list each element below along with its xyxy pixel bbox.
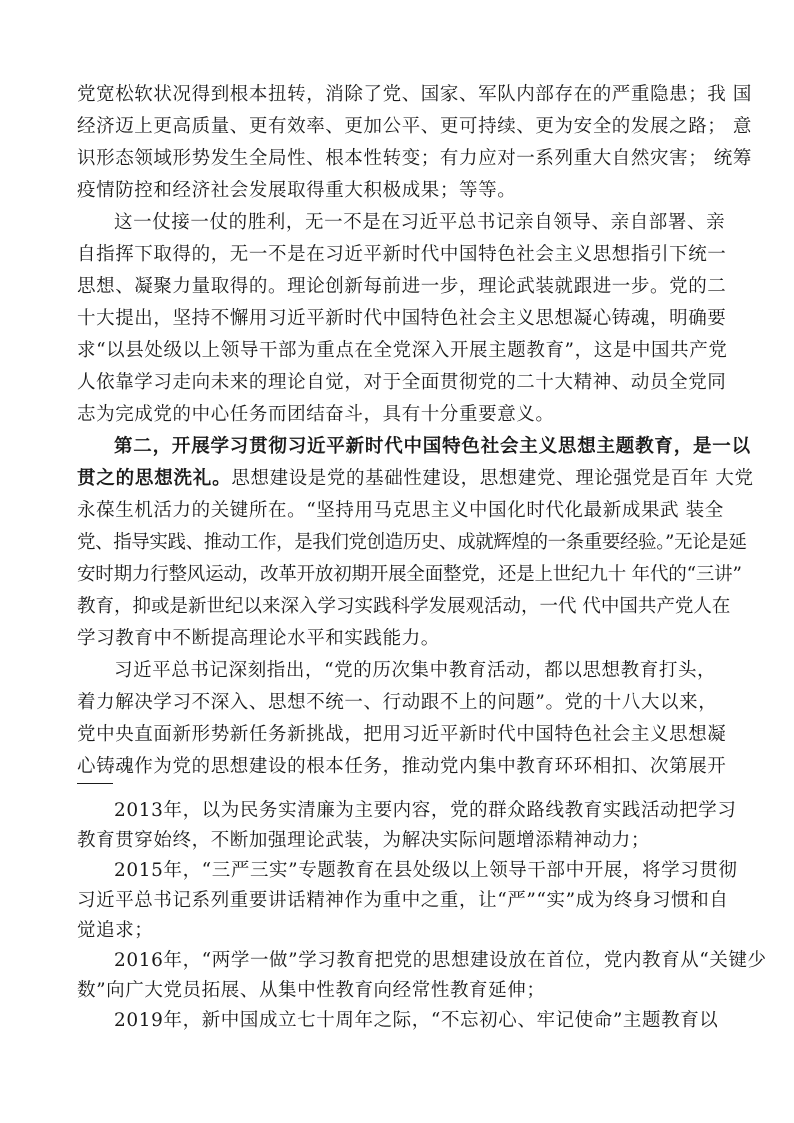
text-line: 识形态领域形势发生全局性、根本性转变；有力应对一系列重大自然灾害； 统筹 [77,147,722,171]
text-line: 这一仗接一仗的胜利，无一不是在习近平总书记亲自领导、亲自部署、亲 [114,211,722,235]
text-line: 安时期力行整风运动，改革开放初期开展全面整党，还是上世纪九十 年代的“三讲” [77,563,722,587]
text-line: 十大提出，坚持不懈用习近平新时代中国特色社会主义思想凝心铸魂，明确要 [77,307,722,331]
text-line: 习近平总书记系列重要讲话精神作为重中之重，让“严”“实”成为终身习惯和自 [77,889,722,913]
text-line: 党宽松软状况得到根本扭转，消除了党、国家、军队内部存在的严重隐患；我 国 [77,83,722,107]
text-line: 数”向广大党员拓展、从集中性教育向经常性教育延伸； [77,979,722,1003]
text-line: 教育，抑或是新世纪以来深入学习实践科学发展观活动，一代 代中国共产党人在 [77,595,722,619]
text-line: 心铸魂作为党的思想建设的根本任务，推动党内集中教育环环相扣、次第展开 [77,755,722,779]
section-heading-end: 贯之的思想洗礼。 [77,468,231,489]
text-line: 疫情防控和经济社会发展取得重大积极成果；等等。 [77,179,722,203]
text-line: 自指挥下取得的，无一不是在习近平新时代中国特色社会主义思想指引下统一 [77,243,722,267]
text-line: 着力解决学习不深入、思想不统一、行动跟不上的问题”。党的十八大以来， [77,691,722,715]
section-heading: 第二，开展学习贯彻习近平新时代中国特色社会主义思想主题教育，是一以 [114,435,722,459]
text-line: 永葆生机活力的关键所在。“坚持用马克思主义中国化时代化最新成果武 装全 [77,499,722,523]
text-line: 习近平总书记深刻指出，“党的历次集中教育活动，都以思想教育打头， [114,659,722,683]
em-dash-divider [77,783,113,784]
text-line: 学习教育中不断提高理论水平和实践能力。 [77,627,722,651]
timeline-item-2013: 2013年，以为民务实清廉为主要内容，党的群众路线教育实践活动把学习 [114,799,722,823]
text-line: 教育贯穿始终，不断加强理论武装，为解决实际问题增添精神动力； [77,829,722,853]
timeline-item-2015: 2015年，“三严三实”专题教育在县处级以上领导干部中开展，将学习贯彻 [114,859,722,883]
text-line: 党、指导实践、推动工作，是我们党创造历史、成就辉煌的一条重要经验。”无论是延 [77,531,722,555]
text-span: 思想建设是党的基础性建设，思想建党、理论强党是百年 大党 [231,468,753,489]
timeline-item-2016: 2016年，“两学一做”学习教育把党的思想建设放在首位，党内教育从“关键少 [114,949,722,973]
text-line: 求“以县处级以上领导干部为重点在全党深入开展主题教育”，这是中国共产党 [77,339,722,363]
text-line: 思想、凝聚力量取得的。理论创新每前进一步，理论武装就跟进一步。党的二 [77,275,722,299]
text-line: 贯之的思想洗礼。思想建设是党的基础性建设，思想建党、理论强党是百年 大党 [77,467,722,491]
document-page: 党宽松软状况得到根本扭转，消除了党、国家、军队内部存在的严重隐患；我 国 经济迈… [0,0,794,1123]
text-line: 志为完成党的中心任务而团结奋斗，具有十分重要意义。 [77,403,722,427]
text-line: 人依靠学习走向未来的理论自觉，对于全面贯彻党的二十大精神、动员全党同 [77,371,722,395]
text-line: 觉追求； [77,919,722,943]
timeline-item-2019: 2019年，新中国成立七十周年之际，“不忘初心、牢记使命”主题教育以 [114,1009,722,1033]
text-line: 党中央直面新形势新任务新挑战，把用习近平新时代中国特色社会主义思想凝 [77,723,722,747]
text-line: 经济迈上更高质量、更有效率、更加公平、更可持续、更为安全的发展之路； 意 [77,115,722,139]
